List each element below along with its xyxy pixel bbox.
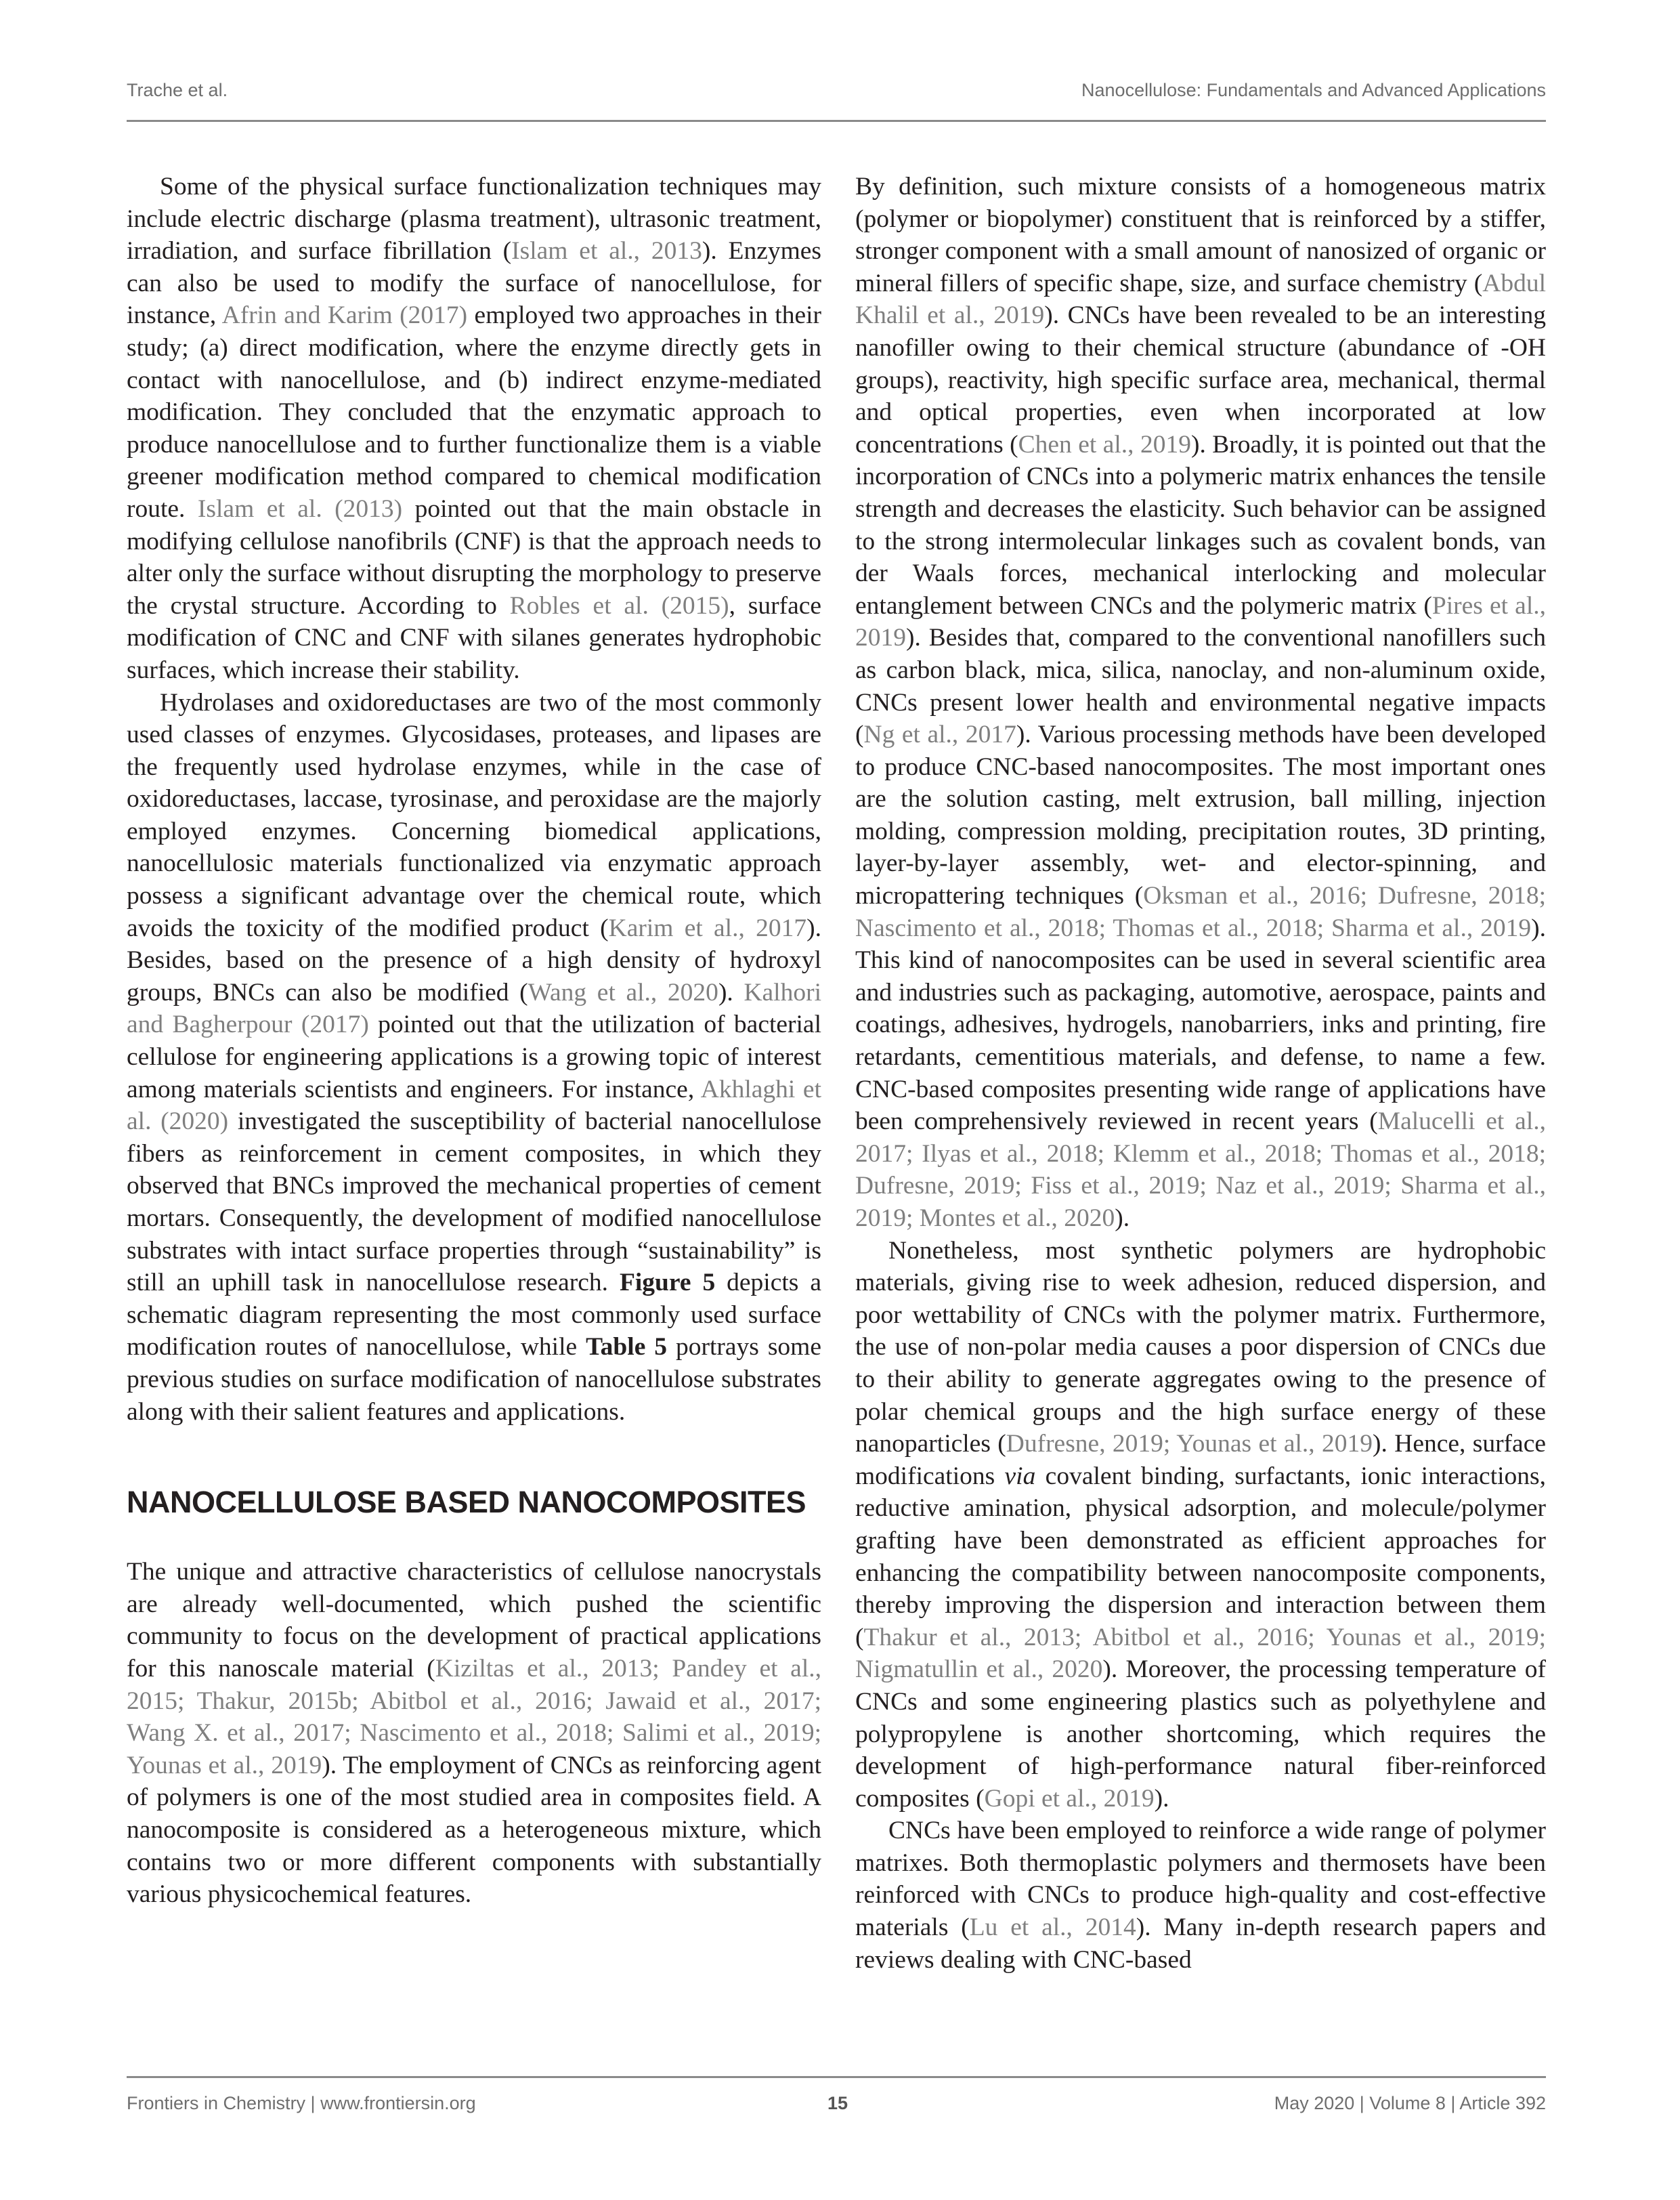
paragraph: CNCs have been employed to reinforce a w… [855, 1815, 1546, 1976]
figure-table-reference[interactable]: Table 5 [586, 1333, 667, 1361]
citation-link[interactable]: Oksman et al., 2016; Dufresne, 2018; Nas… [855, 882, 1546, 942]
figure-table-reference[interactable]: Figure 5 [620, 1269, 715, 1296]
page-number: 15 [827, 2093, 848, 2114]
paper-page: Trache et al. Nanocellulose: Fundamental… [0, 0, 1680, 2200]
section-heading: NANOCELLULOSE BASED NANOCOMPOSITES [127, 1484, 821, 1521]
header-authors: Trache et al. [127, 80, 228, 101]
citation-link[interactable]: Afrin and Karim (2017) [222, 301, 467, 329]
running-footer: Frontiers in Chemistry | www.frontiersin… [127, 2093, 1546, 2120]
paragraph: The unique and attractive characteristic… [127, 1556, 821, 1911]
running-header: Trache et al. Nanocellulose: Fundamental… [127, 80, 1546, 107]
citation-link[interactable]: Islam et al., 2013 [511, 237, 702, 265]
header-journal-title: Nanocellulose: Fundamentals and Advanced… [1081, 80, 1546, 101]
citation-link[interactable]: Ng et al., 2017 [864, 721, 1016, 748]
paragraph: Some of the physical surface functionali… [127, 171, 821, 687]
citation-link[interactable]: Pires et al., 2019 [855, 592, 1546, 652]
footer-issue-info: May 2020 | Volume 8 | Article 392 [1274, 2093, 1546, 2114]
paragraph: Hydrolases and oxidoreductases are two o… [127, 687, 821, 1429]
footer-divider [127, 2076, 1546, 2078]
citation-link[interactable]: Kiziltas et al., 2013; Pandey et al., 20… [127, 1655, 821, 1779]
citation-link[interactable]: Akhlaghi et al. (2020) [127, 1076, 821, 1136]
italic-text: via [1005, 1462, 1036, 1490]
citation-link[interactable]: Gopi et al., 2019 [985, 1785, 1155, 1813]
citation-link[interactable]: Chen et al., 2019 [1018, 431, 1191, 459]
citation-link[interactable]: Dufresne, 2019; Younas et al., 2019 [1006, 1430, 1373, 1458]
paragraph: Nonetheless, most synthetic polymers are… [855, 1235, 1546, 1815]
left-column: Some of the physical surface functionali… [127, 171, 821, 1911]
citation-link[interactable]: Lu et al., 2014 [970, 1913, 1136, 1941]
right-column: By definition, such mixture consists of … [855, 171, 1546, 1976]
citation-link[interactable]: Thakur et al., 2013; Abitbol et al., 201… [855, 1624, 1546, 1684]
citation-link[interactable]: Robles et al. (2015) [510, 592, 729, 620]
citation-link[interactable]: Wang et al., 2020 [528, 979, 718, 1007]
citation-link[interactable]: Karim et al., 2017 [609, 914, 806, 942]
citation-link[interactable]: Malucelli et al., 2017; Ilyas et al., 20… [855, 1107, 1546, 1232]
paragraph: By definition, such mixture consists of … [855, 171, 1546, 1235]
footer-journal-site[interactable]: Frontiers in Chemistry | www.frontiersin… [127, 2093, 476, 2114]
citation-link[interactable]: Islam et al. (2013) [198, 495, 402, 523]
citation-link[interactable]: Abdul Khalil et al., 2019 [855, 270, 1546, 330]
header-divider [127, 120, 1546, 122]
